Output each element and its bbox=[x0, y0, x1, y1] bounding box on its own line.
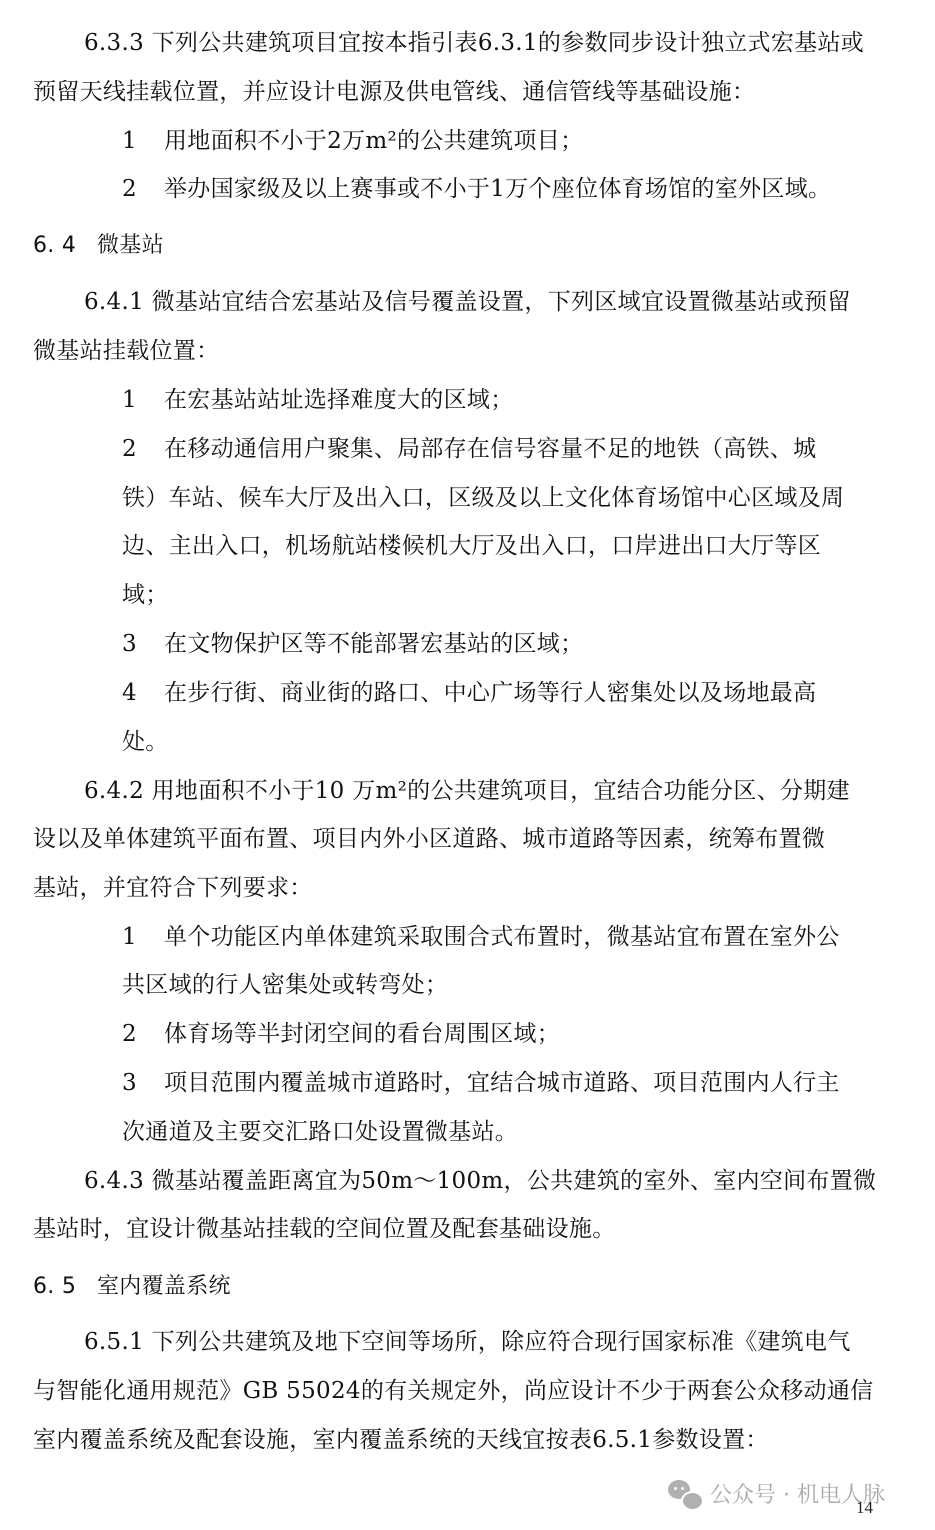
item-number: 2 bbox=[122, 1019, 164, 1049]
section-heading-6-4: 6. 4微基站 bbox=[33, 231, 164, 261]
heading-number: 6. 5 bbox=[33, 1272, 97, 1302]
list-item-continuation: 处。 bbox=[122, 727, 169, 757]
list-item: 1单个功能区内单体建筑采取围合式布置时，微基站宜布置在室外公 bbox=[122, 922, 840, 952]
item-text: 体育场等半封闭空间的看台周围区域； bbox=[164, 1021, 560, 1047]
clause-6-3-3-line-2: 预留天线挂载位置，并应设计电源及供电管线、通信管线等基础设施： bbox=[33, 77, 755, 107]
item-number: 3 bbox=[122, 1068, 164, 1098]
clause-6-4-2-line-3: 基站，并宜符合下列要求： bbox=[33, 873, 313, 903]
item-number: 3 bbox=[122, 629, 164, 659]
item-text: 在移动通信用户聚集、局部存在信号容量不足的地铁（高铁、城 bbox=[164, 436, 816, 462]
item-text: 在宏基站站址选择难度大的区域； bbox=[164, 387, 514, 413]
watermark: 公众号 · 机电人脉 bbox=[668, 1478, 885, 1509]
list-item: 2体育场等半封闭空间的看台周围区域； bbox=[122, 1019, 560, 1049]
list-item: 3项目范围内覆盖城市道路时，宜结合城市道路、项目范围内人行主 bbox=[122, 1068, 840, 1098]
clause-6-4-1-line-2: 微基站挂载位置： bbox=[33, 336, 219, 366]
list-item: 2在移动通信用户聚集、局部存在信号容量不足的地铁（高铁、城 bbox=[122, 434, 816, 464]
list-item: 2举办国家级及以上赛事或不小于1万个座位体育场馆的室外区域。 bbox=[122, 174, 831, 204]
item-number: 2 bbox=[122, 434, 164, 464]
clause-6-4-3-line-2: 基站时，宜设计微基站挂载的空间位置及配套基础设施。 bbox=[33, 1214, 616, 1244]
item-text: 单个功能区内单体建筑采取围合式布置时，微基站宜布置在室外公 bbox=[164, 924, 840, 950]
section-heading-6-5: 6. 5室内覆盖系统 bbox=[33, 1272, 231, 1302]
heading-title: 室内覆盖系统 bbox=[97, 1274, 231, 1299]
list-item: 3在文物保护区等不能部署宏基站的区域； bbox=[122, 629, 583, 659]
list-item-continuation: 共区域的行人密集处或转弯处； bbox=[122, 970, 448, 1000]
heading-number: 6. 4 bbox=[33, 231, 97, 261]
item-number: 1 bbox=[122, 922, 164, 952]
item-text: 项目范围内覆盖城市道路时，宜结合城市道路、项目范围内人行主 bbox=[164, 1070, 840, 1096]
list-item-continuation: 边、主出入口，机场航站楼候机大厅及出入口，口岸进出口大厅等区 bbox=[122, 531, 821, 561]
item-number: 4 bbox=[122, 678, 164, 708]
page-number: 14 bbox=[856, 1498, 873, 1518]
item-text: 举办国家级及以上赛事或不小于1万个座位体育场馆的室外区域。 bbox=[164, 176, 831, 202]
clause-6-4-3-line-1: 6.4.3 微基站覆盖距离宜为50m～100m，公共建筑的室外、室内空间布置微 bbox=[84, 1166, 876, 1196]
clause-6-5-1-line-2: 与智能化通用规范》GB 55024的有关规定外，尚应设计不少于两套公众移动通信 bbox=[33, 1376, 873, 1406]
item-text: 用地面积不小于2万m²的公共建筑项目； bbox=[164, 128, 583, 154]
item-text: 在文物保护区等不能部署宏基站的区域； bbox=[164, 631, 583, 657]
list-item: 4在步行街、商业街的路口、中心广场等行人密集处以及场地最高 bbox=[122, 678, 816, 708]
clause-6-4-1-line-1: 6.4.1 微基站宜结合宏基站及信号覆盖设置，下列区域宜设置微基站或预留 bbox=[84, 287, 851, 317]
list-item: 1在宏基站站址选择难度大的区域； bbox=[122, 385, 514, 415]
item-text: 在步行街、商业街的路口、中心广场等行人密集处以及场地最高 bbox=[164, 680, 816, 706]
heading-title: 微基站 bbox=[97, 233, 164, 258]
list-item-continuation: 铁）车站、候车大厅及出入口，区级及以上文化体育场馆中心区域及周 bbox=[122, 483, 844, 513]
clause-6-5-1-line-3: 室内覆盖系统及配套设施，室内覆盖系统的天线宜按表6.5.1参数设置： bbox=[33, 1425, 769, 1455]
clause-6-4-2-line-2: 设以及单体建筑平面布置、项目内外小区道路、城市道路等因素，统筹布置微 bbox=[33, 824, 825, 854]
clause-6-5-1-line-1: 6.5.1 下列公共建筑及地下空间等场所，除应符合现行国家标准《建筑电气 bbox=[84, 1327, 851, 1357]
clause-6-4-2-line-1: 6.4.2 用地面积不小于10 万m²的公共建筑项目，宜结合功能分区、分期建 bbox=[84, 776, 850, 806]
wechat-icon bbox=[668, 1479, 702, 1509]
item-number: 1 bbox=[122, 385, 164, 415]
clause-6-3-3-line-1: 6.3.3 下列公共建筑项目宜按本指引表6.3.1的参数同步设计独立式宏基站或 bbox=[84, 28, 864, 58]
list-item-continuation: 次通道及主要交汇路口处设置微基站。 bbox=[122, 1117, 518, 1147]
list-item: 1用地面积不小于2万m²的公共建筑项目； bbox=[122, 126, 583, 156]
list-item-continuation: 域； bbox=[122, 580, 169, 610]
item-number: 1 bbox=[122, 126, 164, 156]
item-number: 2 bbox=[122, 174, 164, 204]
